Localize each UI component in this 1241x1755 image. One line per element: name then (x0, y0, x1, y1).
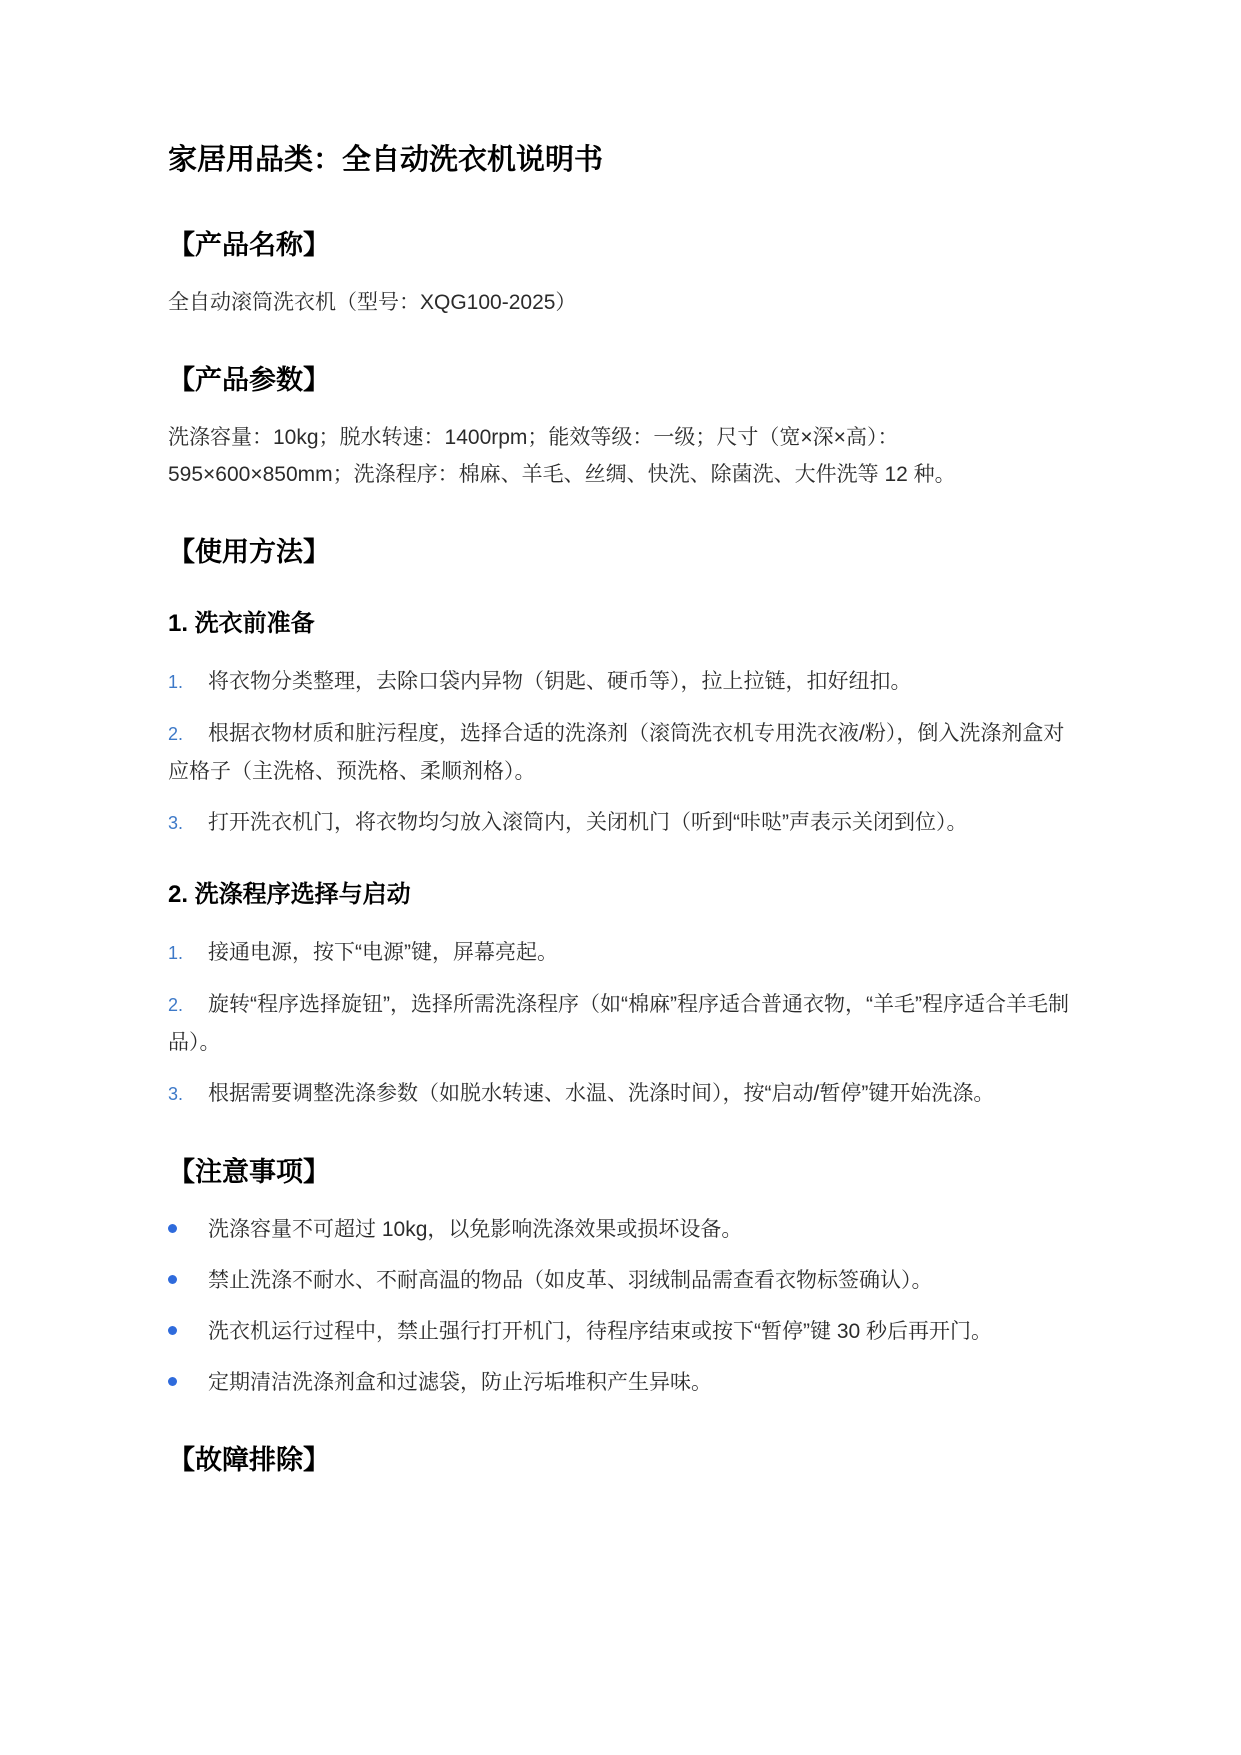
section-heading-product-params: 【产品参数】 (168, 361, 1073, 399)
bullet-icon (168, 1224, 177, 1233)
list-number: 1. (168, 935, 208, 972)
list-item-text: 洗涤容量不可超过 10kg，以免影响洗涤效果或损坏设备。 (208, 1218, 742, 1241)
section-heading-cautions: 【注意事项】 (168, 1153, 1073, 1191)
bullet-icon (168, 1275, 177, 1284)
section-heading-product-name: 【产品名称】 (168, 226, 1073, 264)
list-item: 1.将衣物分类整理，去除口袋内异物（钥匙、硬币等），拉上拉链，扣好纽扣。 (168, 663, 1073, 701)
list-item-text: 根据需要调整洗涤参数（如脱水转速、水温、洗涤时间），按“启动/暂停”键开始洗涤。 (208, 1082, 994, 1105)
list-item-text: 打开洗衣机门，将衣物均匀放入滚筒内，关闭机门（听到“咔哒”声表示关闭到位）。 (208, 811, 967, 834)
list-item: 禁止洗涤不耐水、不耐高温的物品（如皮革、羽绒制品需查看衣物标签确认）。 (168, 1262, 1073, 1299)
bullet-icon (168, 1326, 177, 1335)
list-item: 3.打开洗衣机门，将衣物均匀放入滚筒内，关闭机门（听到“咔哒”声表示关闭到位）。 (168, 804, 1073, 842)
document-page: 家居用品类：全自动洗衣机说明书 【产品名称】 全自动滚筒洗衣机（型号：XQG10… (0, 0, 1241, 1755)
list-item-text: 接通电源，按下“电源”键，屏幕亮起。 (208, 941, 558, 964)
sub-heading-prepare: 1. 洗衣前准备 (168, 607, 1073, 641)
list-item-text: 定期清洁洗涤剂盒和过滤袋，防止污垢堆积产生异味。 (208, 1371, 712, 1394)
doc-title: 家居用品类：全自动洗衣机说明书 (168, 140, 1073, 180)
list-number: 1. (168, 664, 208, 701)
sub-heading-program-start: 2. 洗涤程序选择与启动 (168, 878, 1073, 912)
list-item: 2.根据衣物材质和脏污程度，选择合适的洗涤剂（滚筒洗衣机专用洗衣液/粉），倒入洗… (168, 715, 1073, 790)
product-name-text: 全自动滚筒洗衣机（型号：XQG100-2025） (168, 284, 1073, 321)
section-heading-usage: 【使用方法】 (168, 533, 1073, 571)
list-item-text: 旋转“程序选择旋钮”，选择所需洗涤程序（如“棉麻”程序适合普通衣物，“羊毛”程序… (168, 993, 1069, 1054)
list-number: 2. (168, 716, 208, 753)
list-item-text: 根据衣物材质和脏污程度，选择合适的洗涤剂（滚筒洗衣机专用洗衣液/粉），倒入洗涤剂… (168, 722, 1064, 783)
list-item: 洗涤容量不可超过 10kg，以免影响洗涤效果或损坏设备。 (168, 1211, 1073, 1248)
list-item: 定期清洁洗涤剂盒和过滤袋，防止污垢堆积产生异味。 (168, 1364, 1073, 1401)
list-number: 3. (168, 1076, 208, 1113)
list-item: 2.旋转“程序选择旋钮”，选择所需洗涤程序（如“棉麻”程序适合普通衣物，“羊毛”… (168, 986, 1073, 1061)
list-item: 洗衣机运行过程中，禁止强行打开机门，待程序结束或按下“暂停”键 30 秒后再开门… (168, 1313, 1073, 1350)
list-number: 3. (168, 805, 208, 842)
list-number: 2. (168, 987, 208, 1024)
bullet-icon (168, 1377, 177, 1386)
section-heading-troubleshooting: 【故障排除】 (168, 1441, 1073, 1479)
product-params-text: 洗涤容量：10kg；脱水转速：1400rpm；能效等级：一级；尺寸（宽×深×高）… (168, 419, 1073, 493)
list-item-text: 将衣物分类整理，去除口袋内异物（钥匙、硬币等），拉上拉链，扣好纽扣。 (208, 670, 912, 693)
list-item-text: 禁止洗涤不耐水、不耐高温的物品（如皮革、羽绒制品需查看衣物标签确认）。 (208, 1269, 933, 1292)
list-item: 3.根据需要调整洗涤参数（如脱水转速、水温、洗涤时间），按“启动/暂停”键开始洗… (168, 1075, 1073, 1113)
list-item-text: 洗衣机运行过程中，禁止强行打开机门，待程序结束或按下“暂停”键 30 秒后再开门… (208, 1320, 992, 1343)
list-item: 1.接通电源，按下“电源”键，屏幕亮起。 (168, 934, 1073, 972)
